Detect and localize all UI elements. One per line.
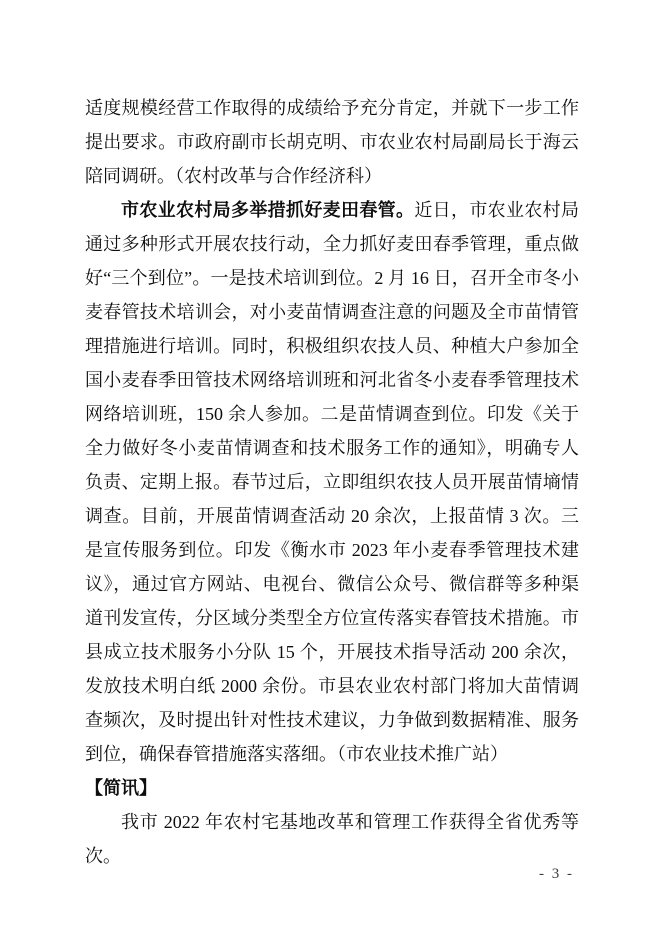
paragraph-body-text: 近日，市农业农村局通过多种形式开展农技行动，全力抓好麦田春季管理，重点做好“三个…	[85, 200, 579, 764]
document-page: 适度规模经营工作取得的成绩给予充分肯定，并就下一步工作提出要求。市政府副市长胡克…	[0, 0, 662, 936]
paragraph-wheat-spring-management: 市农业农村局多举措抓好麦田春管。近日，市农业农村局通过多种形式开展农技行动，全力…	[85, 193, 579, 771]
brief-news-section-heading: 【简讯】	[85, 771, 579, 805]
paragraph-lead-bold-title: 市农业农村局多举措抓好麦田春管。	[121, 200, 414, 220]
document-body: 适度规模经营工作取得的成绩给予充分肯定，并就下一步工作提出要求。市政府副市长胡克…	[85, 91, 579, 873]
paragraph-continued-from-previous-page: 适度规模经营工作取得的成绩给予充分肯定，并就下一步工作提出要求。市政府副市长胡克…	[85, 91, 579, 193]
page-number: - 3 -	[539, 866, 574, 883]
brief-news-item: 我市 2022 年农村宅基地改革和管理工作获得全省优秀等次。	[85, 805, 579, 873]
